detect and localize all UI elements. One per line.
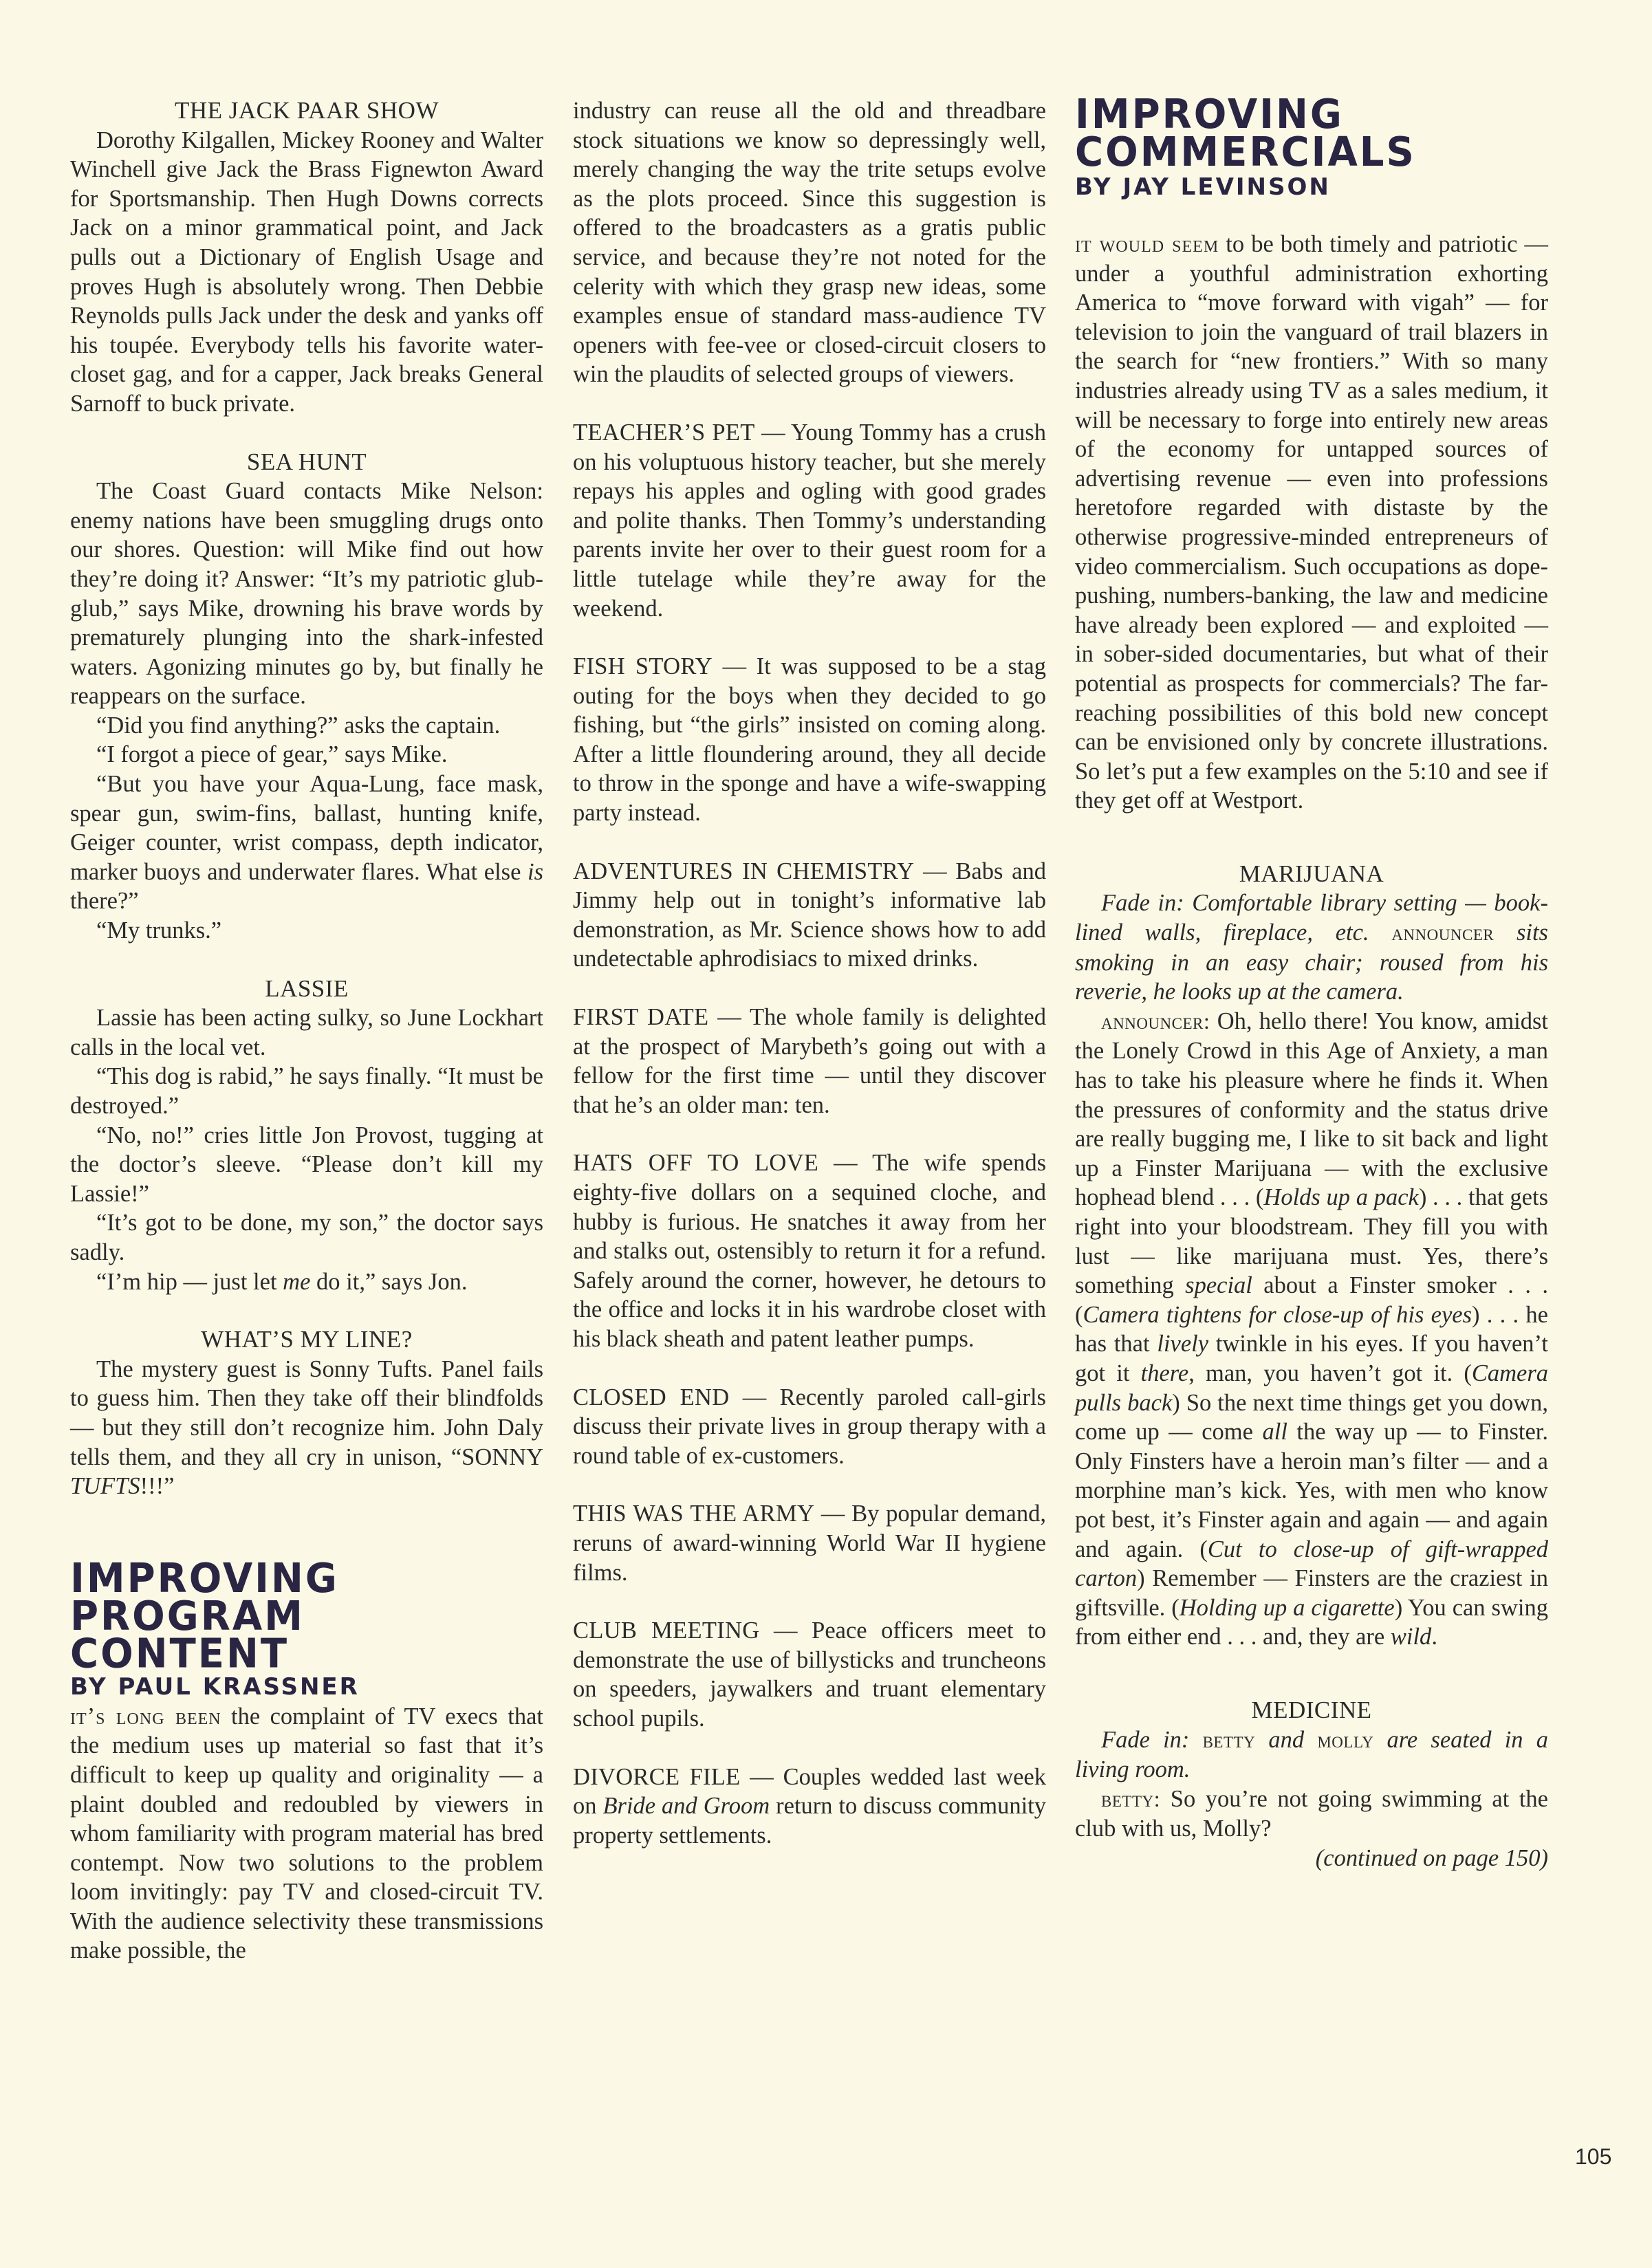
- program-entry: CLUB MEETING — Peace officers meet to de…: [573, 1616, 1046, 1733]
- paragraph: “No, no!” cries little Jon Provost, tugg…: [70, 1121, 543, 1209]
- lead-in: It’s long been: [70, 1703, 221, 1730]
- section-title: WHAT’S MY LINE?: [70, 1325, 543, 1355]
- section-title: MARIJUANA: [1075, 860, 1548, 889]
- dialogue: Betty: So you’re not going swimming at t…: [1075, 1785, 1548, 1844]
- paragraph: industry can reuse all the old and threa…: [573, 96, 1046, 389]
- paragraph: “Did you find anything?” asks the captai…: [70, 711, 543, 741]
- paragraph: It’s long been the complaint of TV execs…: [70, 1702, 543, 1965]
- entry-title: ADVENTURES IN CHEMISTRY: [573, 858, 914, 884]
- entry-text: — Young Tommy has a crush on his voluptu…: [573, 419, 1046, 622]
- paragraph: “But you have your Aqua-Lung, face mask,…: [70, 770, 543, 916]
- section-whats-my-line: WHAT’S MY LINE? The mystery guest is Son…: [70, 1325, 543, 1501]
- entry-title: TEACHER’S PET: [573, 419, 755, 446]
- program-entry: FIRST DATE — The whole family is delight…: [573, 1003, 1046, 1120]
- program-entry: CLOSED END — Recently paroled call-girls…: [573, 1383, 1046, 1471]
- article-improving-commercials: IMPROVING COMMERCIALS BY JAY LEVINSON It…: [1075, 96, 1548, 816]
- entry-title: FIRST DATE: [573, 1004, 708, 1030]
- program-entry: ADVENTURES IN CHEMISTRY — Babs and Jimmy…: [573, 857, 1046, 974]
- commercial-marijuana: MARIJUANA Fade in: Comfortable library s…: [1075, 860, 1548, 1652]
- column-right: IMPROVING COMMERCIALS BY JAY LEVINSON It…: [1075, 96, 1548, 1873]
- article-headline: IMPROVING COMMERCIALS: [1075, 96, 1548, 171]
- section-sea-hunt: SEA HUNT The Coast Guard contacts Mike N…: [70, 448, 543, 946]
- program-entry: TEACHER’S PET — Young Tommy has a crush …: [573, 418, 1046, 623]
- paragraph: “I forgot a piece of gear,” says Mike.: [70, 740, 543, 770]
- paragraph: It would seem to be both timely and patr…: [1075, 230, 1548, 816]
- section-title: LASSIE: [70, 974, 543, 1004]
- entry-title: CLUB MEETING: [573, 1617, 759, 1644]
- paragraph: “I’m hip — just let me do it,” says Jon.: [70, 1267, 543, 1297]
- column-left: THE JACK PAAR SHOW Dorothy Kilgallen, Mi…: [70, 96, 543, 1965]
- entry-title: FISH STORY: [573, 653, 713, 679]
- paragraph: “It’s got to be done, my son,” the docto…: [70, 1208, 543, 1267]
- paragraph: The mystery guest is Sonny Tufts. Panel …: [70, 1355, 543, 1501]
- lead-in: It would seem: [1075, 231, 1219, 257]
- section-title: MEDICINE: [1075, 1696, 1548, 1725]
- paragraph: Dorothy Kilgallen, Mickey Rooney and Wal…: [70, 126, 543, 419]
- program-entry: THIS WAS THE ARMY — By popular demand, r…: [573, 1499, 1046, 1587]
- page-number: 105: [1575, 2144, 1611, 2170]
- section-lassie: LASSIE Lassie has been acting sulky, so …: [70, 974, 543, 1297]
- commercial-medicine: MEDICINE Fade in: Betty and Molly are se…: [1075, 1696, 1548, 1873]
- program-entries: TEACHER’S PET — Young Tommy has a crush …: [573, 389, 1046, 1734]
- section-title: SEA HUNT: [70, 448, 543, 477]
- section-title: THE JACK PAAR SHOW: [70, 96, 543, 126]
- stage-direction: Fade in: Betty and Molly are seated in a…: [1075, 1725, 1548, 1785]
- entry-text: — The wife spends eighty-five dollars on…: [573, 1150, 1046, 1352]
- entry-title: CLOSED END: [573, 1384, 729, 1410]
- entry-title: HATS OFF TO LOVE: [573, 1150, 818, 1176]
- entry-title: THIS WAS THE ARMY: [573, 1501, 814, 1527]
- article-byline: BY JAY LEVINSON: [1075, 172, 1548, 202]
- article-headline: IMPROVING PROGRAM CONTENT: [70, 1560, 543, 1673]
- dialogue: Announcer: Oh, hello there! You know, am…: [1075, 1007, 1548, 1652]
- paragraph: Lassie has been acting sulky, so June Lo…: [70, 1003, 543, 1062]
- column-middle: industry can reuse all the old and threa…: [573, 96, 1046, 1850]
- program-entry: HATS OFF TO LOVE — The wife spends eight…: [573, 1148, 1046, 1353]
- continued-notice: (continued on page 150): [1075, 1844, 1548, 1873]
- stage-direction: Fade in: Comfortable library setting — b…: [1075, 888, 1548, 1006]
- paragraph: “My trunks.”: [70, 916, 543, 946]
- section-jack-paar-show: THE JACK PAAR SHOW Dorothy Kilgallen, Mi…: [70, 96, 543, 419]
- program-entry-divorce-file: DIVORCE FILE — Couples wedded last week …: [573, 1763, 1046, 1851]
- article-improving-program-content: IMPROVING PROGRAM CONTENT BY PAUL KRASSN…: [70, 1560, 543, 1965]
- program-entry: FISH STORY — It was supposed to be a sta…: [573, 652, 1046, 828]
- paragraph: “This dog is rabid,” he says finally. “I…: [70, 1062, 543, 1120]
- paragraph: The Coast Guard contacts Mike Nelson: en…: [70, 477, 543, 711]
